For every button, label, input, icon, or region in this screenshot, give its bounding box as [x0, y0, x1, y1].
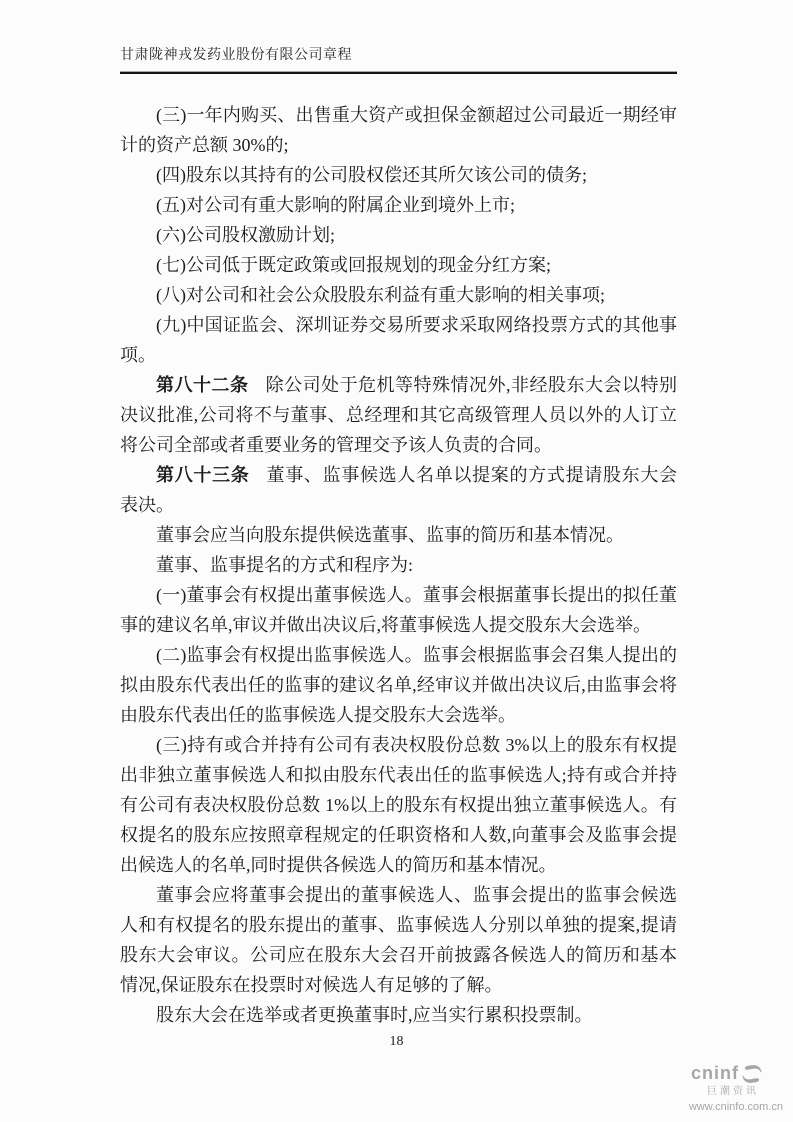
paragraph-list: (三)一年内购买、出售重大资产或担保金额超过公司最近一期经审计的资产总额 30%…	[120, 100, 677, 1030]
article-number: 第八十三条	[156, 465, 249, 485]
paragraph: 股东大会在选举或者更换董事时,应当实行累积投票制。	[120, 1000, 677, 1030]
header-title: 甘肃陇神戎发药业股份有限公司章程	[120, 44, 677, 71]
cninfo-logo: cninf 巨潮资讯 www.cninfo.com.cn	[635, 1063, 785, 1113]
article-number: 第八十二条	[156, 375, 248, 395]
paragraph-text: 董事、监事提名的方式和程序为:	[156, 555, 413, 575]
paragraph: (九)中国证监会、深圳证券交易所要求采取网络投票方式的其他事项。	[120, 310, 677, 370]
cninfo-swirl-icon	[741, 1063, 763, 1085]
cninfo-logo-row: cninf	[635, 1063, 763, 1085]
paragraph: 董事、监事提名的方式和程序为:	[120, 550, 677, 580]
cninfo-chinese-name: 巨潮资讯	[635, 1086, 759, 1097]
paragraph: 第八十二条除公司处于危机等特殊情况外,非经股东大会以特别决议批准,公司将不与董事…	[120, 370, 677, 460]
paragraph-text: (三)持有或合并持有公司有表决权股份总数 3%以上的股东有权提出非独立董事候选人…	[120, 735, 677, 875]
paragraph-text: 股东大会在选举或者更换董事时,应当实行累积投票制。	[156, 1005, 593, 1025]
cninfo-brand-text: cninf	[691, 1064, 739, 1084]
paragraph-text: (三)一年内购买、出售重大资产或担保金额超过公司最近一期经审计的资产总额 30%…	[120, 105, 677, 155]
paragraph: 第八十三条董事、监事候选人名单以提案的方式提请股东大会表决。	[120, 460, 677, 520]
cninfo-url: www.cninfo.com.cn	[635, 1101, 783, 1113]
paragraph: 董事会应当向股东提供候选董事、监事的简历和基本情况。	[120, 520, 677, 550]
paragraph-text: 董事会应当向股东提供候选董事、监事的简历和基本情况。	[156, 525, 624, 545]
paragraph-text: (一)董事会有权提出董事候选人。董事会根据董事长提出的拟任董事的建议名单,审议并…	[120, 585, 677, 635]
paragraph-text: (九)中国证监会、深圳证券交易所要求采取网络投票方式的其他事项。	[120, 315, 677, 365]
paragraph-text: (八)对公司和社会公众股股东利益有重大影响的相关事项;	[156, 285, 605, 305]
paragraph: 董事会应将董事会提出的董事候选人、监事会提出的监事会候选人和有权提名的股东提出的…	[120, 880, 677, 1000]
paragraph: (五)对公司有重大影响的附属企业到境外上市;	[120, 190, 677, 220]
paragraph: (三)一年内购买、出售重大资产或担保金额超过公司最近一期经审计的资产总额 30%…	[120, 100, 677, 160]
paragraph: (八)对公司和社会公众股股东利益有重大影响的相关事项;	[120, 280, 677, 310]
paragraph: (四)股东以其持有的公司股权偿还其所欠该公司的债务;	[120, 160, 677, 190]
paragraph-text: (七)公司低于既定政策或回报规划的现金分红方案;	[156, 255, 551, 275]
paragraph-text: 董事会应将董事会提出的董事候选人、监事会提出的监事会候选人和有权提名的股东提出的…	[120, 885, 677, 995]
paragraph-text: (六)公司股权激励计划;	[156, 225, 335, 245]
header-rule	[120, 71, 677, 74]
paragraph: (七)公司低于既定政策或回报规划的现金分红方案;	[120, 250, 677, 280]
paragraph-text: (二)监事会有权提出监事候选人。监事会根据监事会召集人提出的拟由股东代表出任的监…	[120, 645, 677, 725]
paragraph-text: (五)对公司有重大影响的附属企业到境外上市;	[156, 195, 515, 215]
page-header: 甘肃陇神戎发药业股份有限公司章程	[120, 44, 677, 74]
document-page: 甘肃陇神戎发药业股份有限公司章程 (三)一年内购买、出售重大资产或担保金额超过公…	[0, 0, 793, 1122]
paragraph: (二)监事会有权提出监事候选人。监事会根据监事会召集人提出的拟由股东代表出任的监…	[120, 640, 677, 730]
paragraph: (三)持有或合并持有公司有表决权股份总数 3%以上的股东有权提出非独立董事候选人…	[120, 730, 677, 880]
paragraph-text: (四)股东以其持有的公司股权偿还其所欠该公司的债务;	[156, 165, 587, 185]
page-number: 18	[0, 1034, 793, 1050]
paragraph: (一)董事会有权提出董事候选人。董事会根据董事长提出的拟任董事的建议名单,审议并…	[120, 580, 677, 640]
paragraph: (六)公司股权激励计划;	[120, 220, 677, 250]
